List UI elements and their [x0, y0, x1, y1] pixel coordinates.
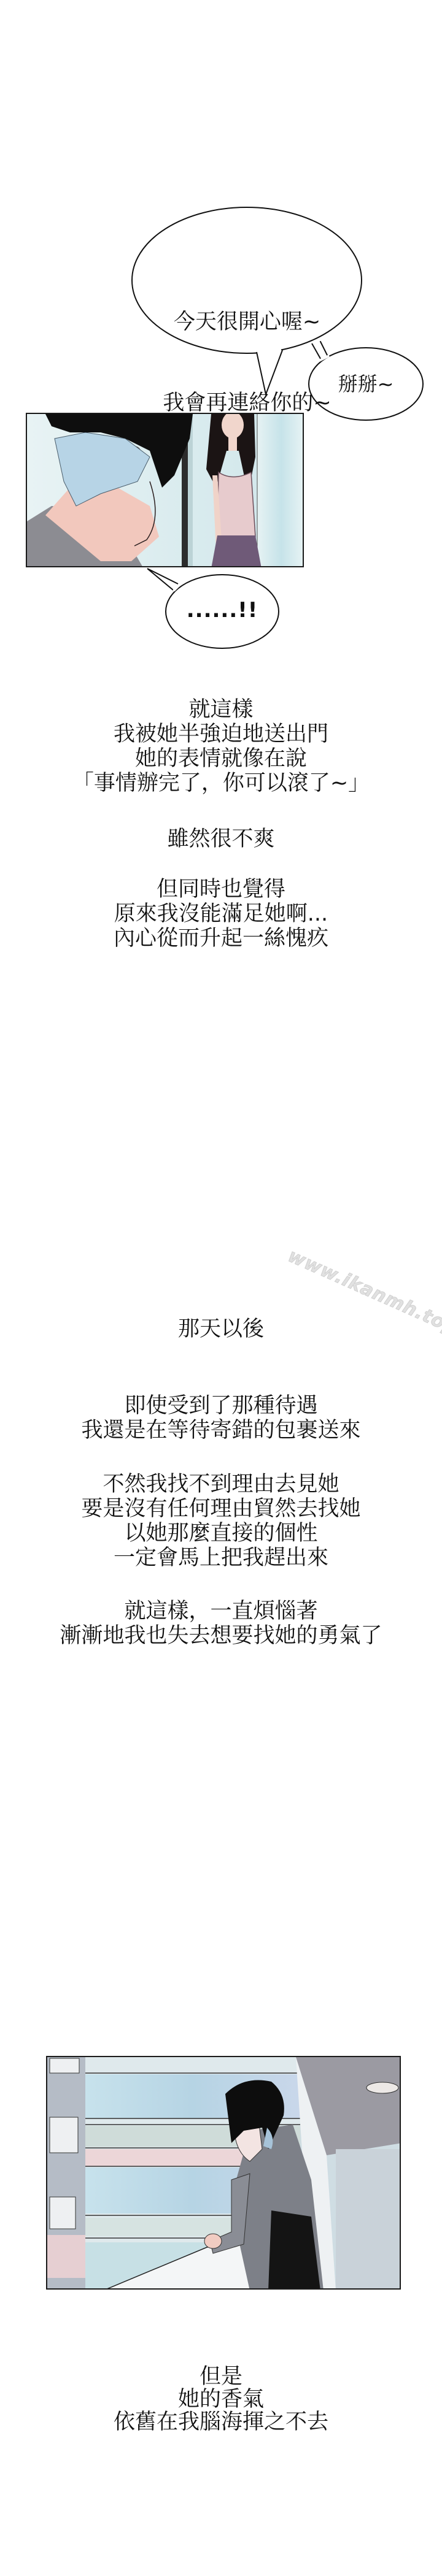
shock-bubble-layer — [0, 0, 442, 675]
narration-line: 就這樣，一直煩惱著 — [0, 1599, 442, 1623]
narration-line: 她的香氣 — [0, 2388, 442, 2411]
narration-line: 我還是在等待寄錯的包裹送來 — [0, 1418, 442, 1443]
narration-block-3: 那天以後 — [0, 1317, 442, 1341]
narration-line: 內心從而升起一絲愧疚 — [0, 926, 442, 951]
narration-line: 但同時也覺得 — [0, 877, 442, 902]
narration-block-4b: 不然我找不到理由去見她 要是沒有任何理由貿然去找她 以她那麼直接的個性 一定會馬… — [0, 1472, 442, 1570]
shock-bubble-text: ......!! — [166, 598, 279, 623]
narration-block-6: 但是 她的香氣 依舊在我腦海揮之不去 — [0, 2366, 442, 2434]
narration-line: 依舊在我腦海揮之不去 — [0, 2411, 442, 2434]
narration-line: 就這樣 — [0, 697, 442, 722]
narration-line: 那天以後 — [0, 1317, 442, 1341]
narration-line: 但是 — [0, 2366, 442, 2388]
narration-line: 原來我沒能滿足她啊... — [0, 902, 442, 926]
narration-line: 她的表情就像在說 — [0, 746, 442, 771]
narration-block-5: 就這樣，一直煩惱著 漸漸地我也失去想要找她的勇氣了 — [0, 1599, 442, 1648]
panel-railing — [46, 2056, 401, 2290]
narration-block-2b: 但同時也覺得 原來我沒能滿足她啊... 內心從而升起一絲愧疚 — [0, 877, 442, 951]
narration-block-1: 就這樣 我被她半強迫地送出門 她的表情就像在說 「事情辦完了，你可以滾了~」 — [0, 697, 442, 795]
narration-line: 不然我找不到理由去見她 — [0, 1472, 442, 1497]
narration-block-2a: 雖然很不爽 — [0, 827, 442, 851]
narration-block-4a: 即使受到了那種待遇 我還是在等待寄錯的包裹送來 — [0, 1393, 442, 1443]
narration-line: 要是沒有任何理由貿然去找她 — [0, 1497, 442, 1521]
railing-illustration — [47, 2057, 401, 2290]
narration-line: 雖然很不爽 — [0, 827, 442, 851]
narration-line: 即使受到了那種待遇 — [0, 1393, 442, 1418]
narration-line: 我被她半強迫地送出門 — [0, 722, 442, 746]
narration-line: 「事情辦完了，你可以滾了~」 — [0, 771, 442, 795]
narration-line: 漸漸地我也失去想要找她的勇氣了 — [0, 1623, 442, 1648]
narration-line: 一定會馬上把我趕出來 — [0, 1546, 442, 1570]
narration-line: 以她那麼直接的個性 — [0, 1521, 442, 1546]
